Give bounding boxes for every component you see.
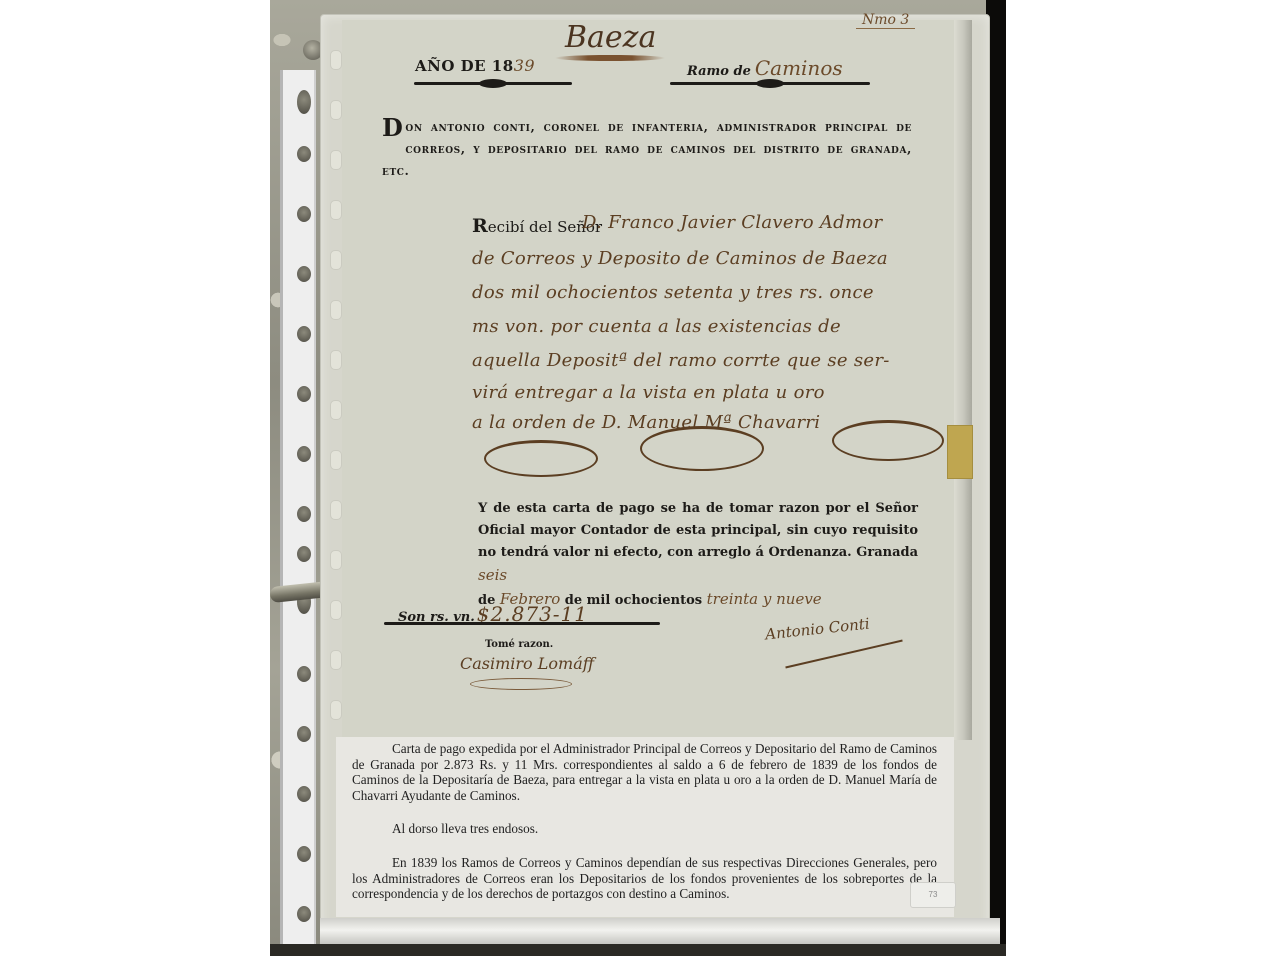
ramo-line: Ramo deCaminos	[687, 56, 843, 80]
flourish-loop	[484, 440, 598, 477]
sleeve-hole	[330, 250, 342, 270]
ramo-label: Ramo de	[687, 64, 751, 79]
flourish	[555, 55, 665, 61]
sleeve-hole	[330, 700, 342, 720]
stacked-pages-edge	[954, 20, 972, 740]
tome-razon: Tomé razon.	[485, 639, 553, 650]
handwritten-line: D. Franco Javier Clavero Admor	[582, 212, 882, 233]
dark-bottom-edge	[270, 944, 1006, 956]
caption-card: Carta de pago expedida por el Administra…	[336, 737, 954, 917]
decorative-flourishes	[470, 420, 950, 480]
sleeve-hole	[330, 150, 342, 170]
caption-text: Carta de pago expedida por el Administra…	[352, 741, 937, 803]
ornament-rule	[670, 82, 870, 85]
heading-text: on antonio conti, coronel de infanteria,…	[382, 119, 912, 178]
clause-year: treinta y nueve	[707, 590, 822, 608]
place-header: Baeza	[565, 20, 656, 55]
handwritten-line: ms von. por cuenta a las existencias de	[472, 316, 841, 337]
binder-hole-strip	[280, 70, 316, 956]
year-handwritten: 39	[514, 56, 535, 75]
sleeve-hole	[330, 550, 342, 570]
caption-paragraph: Carta de pago expedida por el Administra…	[352, 741, 937, 803]
year-label: AÑO DE 18	[415, 57, 514, 75]
sleeve-hole	[330, 500, 342, 520]
sleeve-hole	[330, 600, 342, 620]
drop-cap: D	[382, 116, 403, 140]
caption-paragraph: En 1839 los Ramos de Correos y Caminos d…	[352, 855, 937, 902]
signature-contador: Casimiro Lomáff	[460, 654, 594, 673]
handwritten-line: de Correos y Deposito de Caminos de Baez…	[472, 248, 888, 269]
sleeve-hole	[330, 350, 342, 370]
sleeve-hole	[330, 400, 342, 420]
corner-note: Nmo 3	[856, 12, 915, 29]
punch-hole	[297, 786, 311, 802]
punch-hole	[297, 386, 311, 402]
year-line: AÑO DE 1839	[415, 56, 535, 75]
ramo-handwritten: Caminos	[755, 56, 843, 80]
photograph: Baeza Nmo 3 AÑO DE 1839 Ramo deCaminos D…	[270, 0, 1006, 956]
caption-text: Al dorso lleva tres endosos.	[392, 821, 538, 836]
handwritten-line: aquella Depositª del ramo corrte que se …	[472, 350, 890, 371]
flourish-loop	[640, 426, 764, 471]
sleeve-hole	[330, 300, 342, 320]
punch-hole	[297, 906, 311, 922]
clause-day: seis	[478, 566, 507, 584]
punch-hole	[297, 90, 311, 114]
yellow-tab	[947, 425, 973, 479]
sleeve-hole	[330, 100, 342, 120]
punch-hole	[297, 146, 311, 162]
sleeve-hole	[330, 50, 342, 70]
punch-hole	[297, 446, 311, 462]
punch-hole	[297, 666, 311, 682]
flourish-loop	[832, 420, 944, 461]
clause-part: Y de esta carta de pago se ha de tomar r…	[478, 501, 918, 560]
sleeve-hole	[330, 450, 342, 470]
caption-paragraph: Al dorso lleva tres endosos.	[352, 821, 937, 837]
sleeve-hole	[330, 200, 342, 220]
punch-hole	[297, 206, 311, 222]
handwritten-line: virá entregar a la vista en plata u oro	[472, 382, 825, 403]
page-number: 73	[910, 882, 956, 908]
punch-hole	[297, 846, 311, 862]
punch-hole	[297, 726, 311, 742]
document-heading: Don antonio conti, coronel de infanteria…	[382, 116, 912, 182]
amount-rule	[384, 622, 660, 625]
caption-text: En 1839 los Ramos de Correos y Caminos d…	[352, 855, 937, 901]
signature-flourish	[470, 678, 572, 690]
recibi-cap: R	[472, 215, 488, 237]
ornament-rule	[414, 82, 572, 85]
sleeve-hole	[330, 650, 342, 670]
handwritten-line: dos mil ochocientos setenta y tres rs. o…	[472, 282, 874, 303]
punch-hole	[297, 506, 311, 522]
clause-text: Y de esta carta de pago se ha de tomar r…	[478, 498, 918, 612]
punch-hole	[297, 266, 311, 282]
punch-hole	[297, 326, 311, 342]
punch-hole	[297, 546, 311, 562]
